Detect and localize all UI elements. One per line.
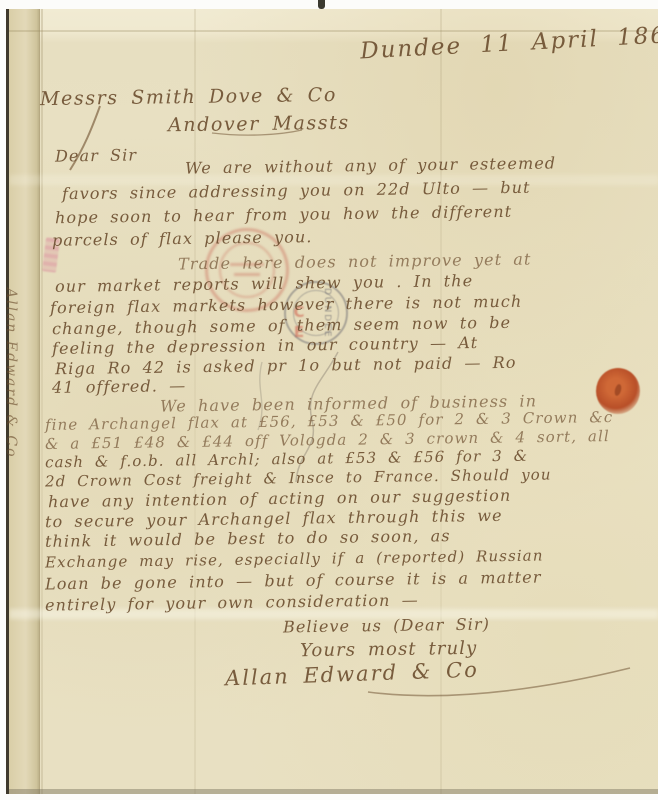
fold-crease-vertical <box>440 9 442 794</box>
letter-paper <box>6 9 658 794</box>
fold-crease-horizontal <box>9 175 658 185</box>
letter-scan: DUNDEE CE Dundee 11 April 1862 Messrs Sm… <box>0 0 658 800</box>
red-circular-postmark <box>205 228 289 312</box>
postmark-smudge <box>230 263 264 266</box>
fold-crease-vertical <box>41 9 43 794</box>
red-overprint-text: CE <box>290 303 308 363</box>
scan-edge-shadow <box>9 789 658 794</box>
wax-seal <box>596 368 640 414</box>
left-fold-strip <box>9 9 40 794</box>
fold-crease-horizontal <box>9 30 658 32</box>
dundee-datestamp-text: DUNDEE <box>322 288 332 336</box>
fold-crease-vertical <box>194 9 196 794</box>
fold-crease-horizontal <box>9 609 658 619</box>
postmark-smudge <box>234 273 260 276</box>
scan-artifact <box>318 0 325 9</box>
